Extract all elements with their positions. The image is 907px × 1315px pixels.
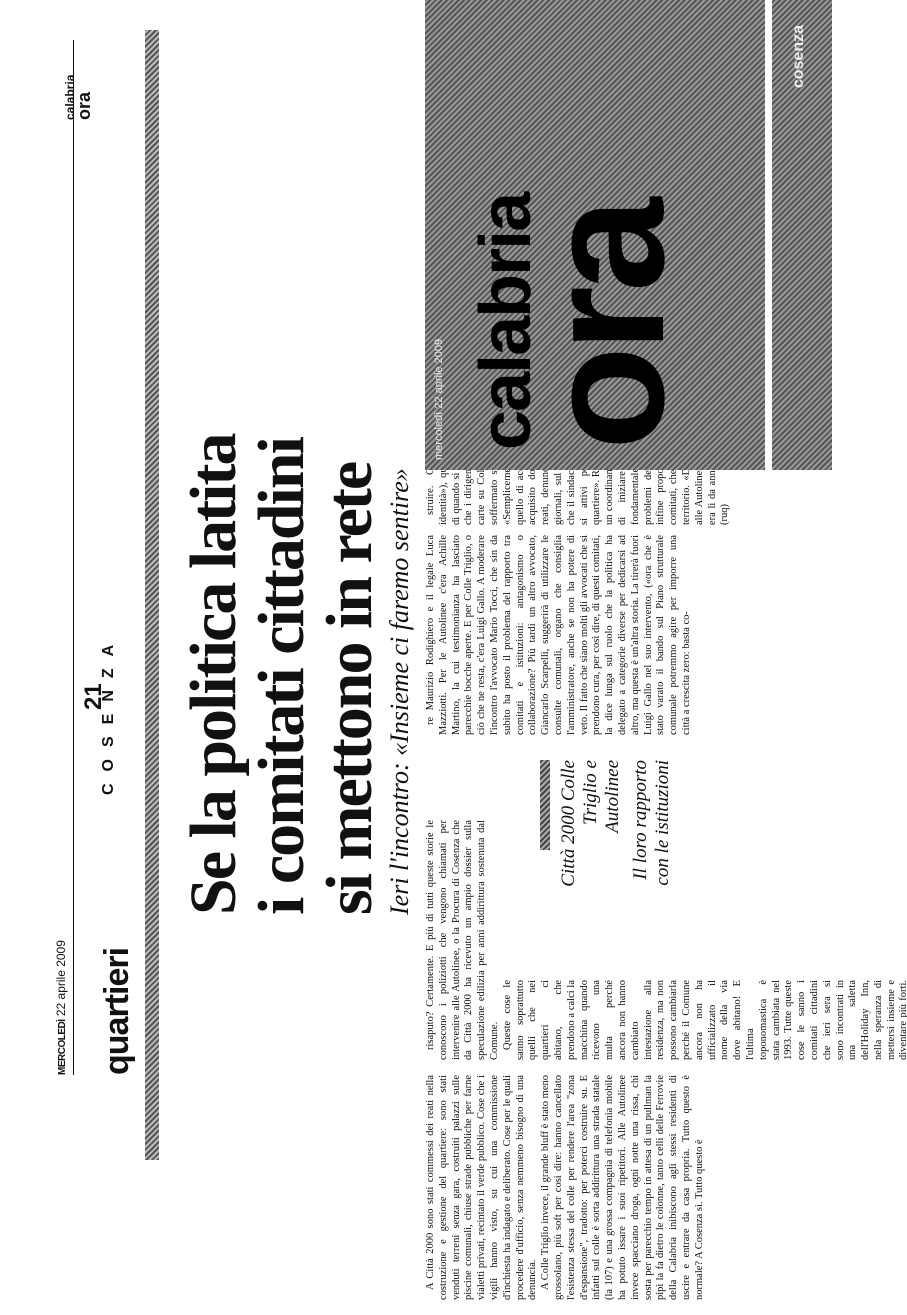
city-label: COSENZA [100,633,118,795]
header-rule [73,40,74,1075]
pull-quote: Città 2000 Colle Triglio e Autolinee Il … [540,760,674,900]
paragraph: risaputo? Certamente. E più di tutti que… [425,820,502,1060]
date: 22 aprile 2009 [54,940,68,1016]
weekday: MERCOLEDÌ [57,1020,68,1076]
pull-quote-bar [540,760,550,850]
headline-line: si mettono in rete [316,295,384,915]
edition-label: cosenza [790,25,808,88]
edition-strip: cosenza [772,0,832,470]
newspaper-page: MERCOLEDÌ 22 aprile 2009 quartieri 21 CO… [0,0,907,1315]
headline: Se la politica latita i comitati cittadi… [180,295,384,915]
section-divider [145,30,159,1160]
headline-line: Se la politica latita [180,295,248,915]
masthead-title-bottom: ora [520,203,690,450]
subheadline: Ieri l'incontro: «Insieme ci faremo sent… [385,468,415,915]
masthead-image: mercoledì 22 aprile 2009 calabria ora [425,0,765,470]
date-line: MERCOLEDÌ 22 aprile 2009 [54,940,68,1075]
logo-bottom: ora [76,75,92,120]
pull-quote-line: Il loro rapporto con le istituzioni [630,760,674,900]
paragraph: A Città 2000 sono stati commessi dei rea… [425,1075,540,1300]
article-column: re Maurizio Rodighiero e il legale Luca … [425,535,694,735]
headline-line: i comitati cittadini [248,295,316,915]
masthead-date: mercoledì 22 aprile 2009 [433,339,445,460]
section-title: quartieri [100,948,134,1075]
pull-quote-line: Città 2000 Colle Triglio e Autolinee [558,760,623,887]
paragraph: re Maurizio Rodighiero e il legale Luca … [425,535,694,735]
newspaper-logo: calabria ora [65,75,92,120]
paragraph: A Colle Triglio invece, il grande bluff … [540,1075,706,1300]
article-column: A Città 2000 sono stati commessi dei rea… [425,1075,707,1300]
